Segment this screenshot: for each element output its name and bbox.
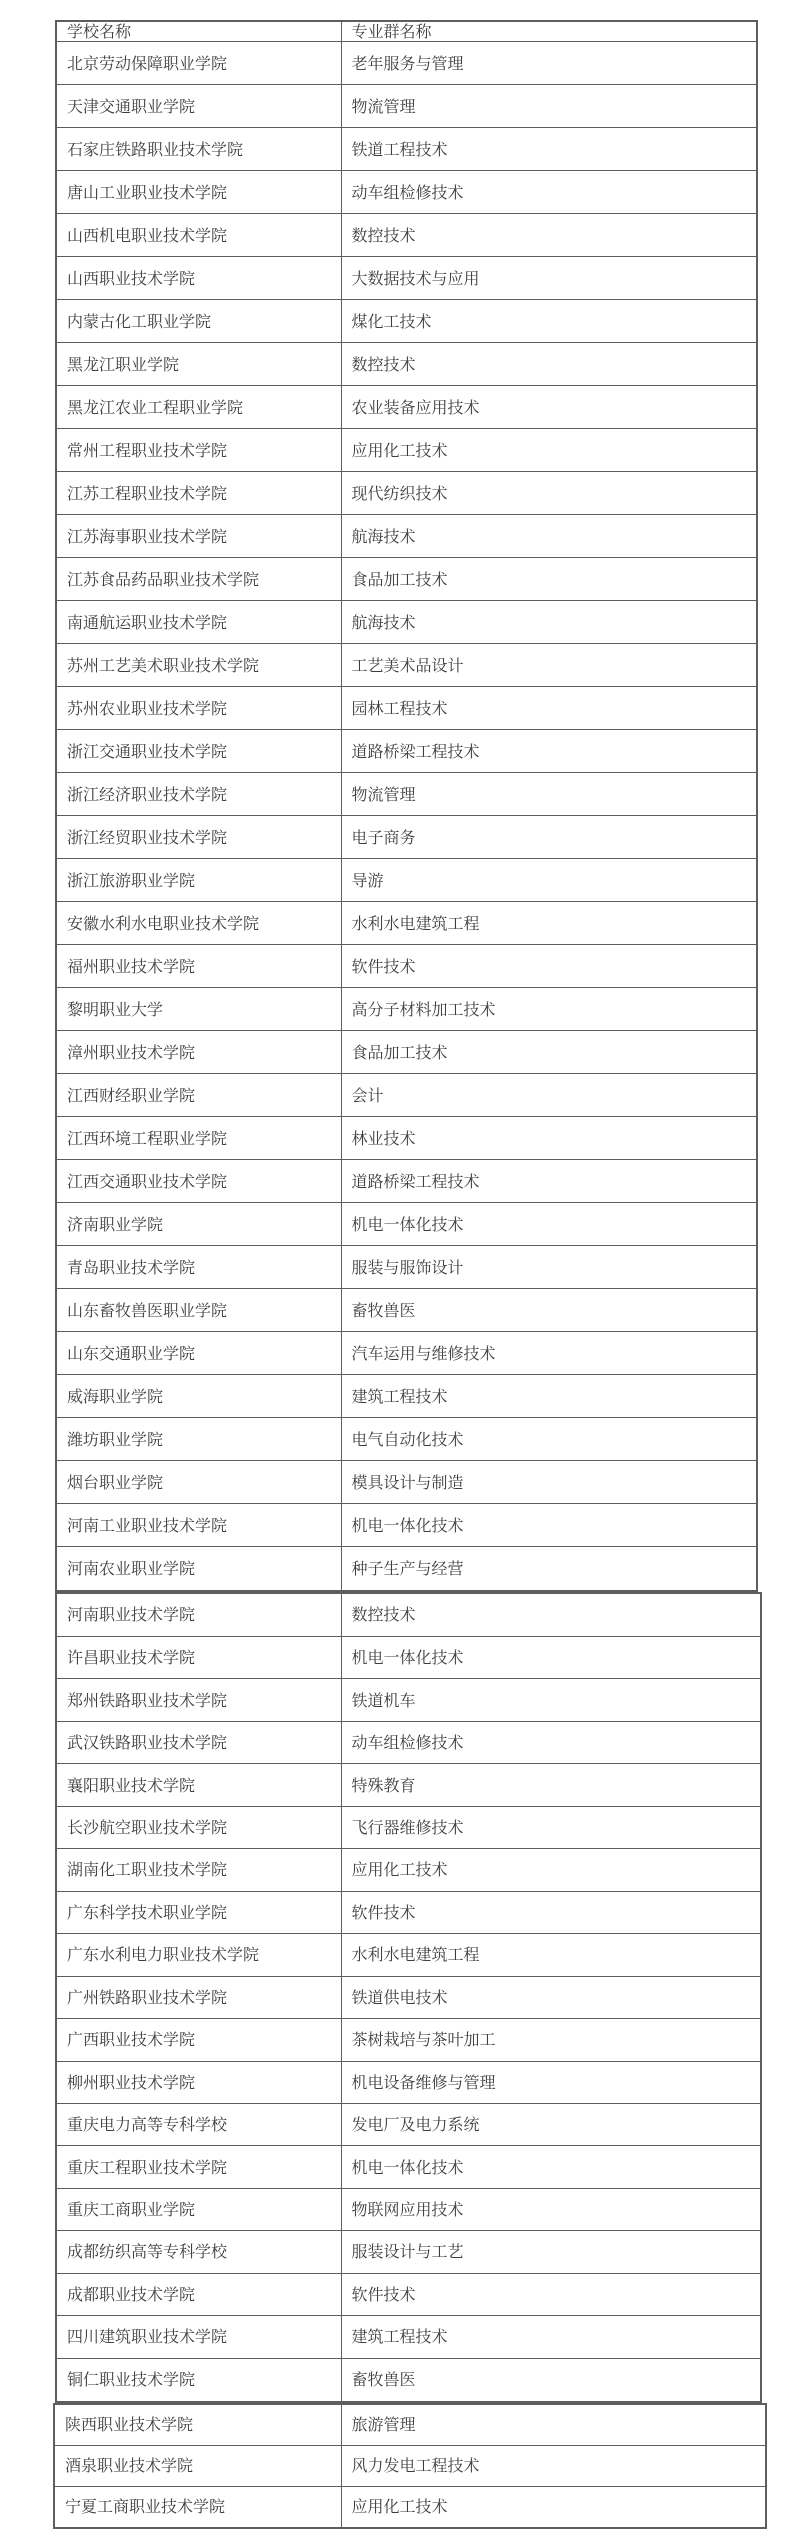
major-group-cell: 旅游管理 <box>341 2404 766 2446</box>
major-group-cell: 风力发电工程技术 <box>341 2446 766 2487</box>
school-name-cell: 江苏工程职业技术学院 <box>56 472 341 515</box>
school-name-cell: 烟台职业学院 <box>56 1461 341 1504</box>
table-row: 内蒙古化工职业学院煤化工技术 <box>56 300 757 343</box>
major-group-cell: 软件技术 <box>341 945 757 988</box>
table-row: 唐山工业职业技术学院动车组检修技术 <box>56 171 757 214</box>
table-row: 江苏工程职业技术学院现代纺织技术 <box>56 472 757 515</box>
major-group-cell: 水利水电建筑工程 <box>341 902 757 945</box>
school-name-cell: 江西交通职业技术学院 <box>56 1160 341 1203</box>
header-row: 学校名称 专业群名称 <box>56 21 757 42</box>
major-group-cell: 服装设计与工艺 <box>341 2231 761 2273</box>
major-group-cell: 食品加工技术 <box>341 1031 757 1074</box>
major-group-cell: 工艺美术品设计 <box>341 644 757 687</box>
major-group-cell: 数控技术 <box>341 343 757 386</box>
table-row: 武汉铁路职业技术学院动车组检修技术 <box>56 1721 761 1763</box>
school-name-cell: 浙江经济职业技术学院 <box>56 773 341 816</box>
major-group-cell: 茶树栽培与茶叶加工 <box>341 2019 761 2061</box>
table-row: 河南职业技术学院数控技术 <box>56 1593 761 1637</box>
table-row: 江西财经职业学院会计 <box>56 1074 757 1117</box>
table-row: 广州铁路职业技术学院铁道供电技术 <box>56 1976 761 2018</box>
major-group-cell: 动车组检修技术 <box>341 1721 761 1763</box>
school-name-cell: 山西职业技术学院 <box>56 257 341 300</box>
school-name-cell: 襄阳职业技术学院 <box>56 1764 341 1806</box>
school-name-cell: 黑龙江农业工程职业学院 <box>56 386 341 429</box>
table-row: 陕西职业技术学院旅游管理 <box>54 2404 766 2446</box>
table-row: 山东交通职业学院汽车运用与维修技术 <box>56 1332 757 1375</box>
table-row: 江苏食品药品职业技术学院食品加工技术 <box>56 558 757 601</box>
school-name-cell: 郑州铁路职业技术学院 <box>56 1679 341 1721</box>
major-group-cell: 航海技术 <box>341 601 757 644</box>
school-name-cell: 长沙航空职业技术学院 <box>56 1806 341 1848</box>
major-group-cell: 会计 <box>341 1074 757 1117</box>
school-name-cell: 广州铁路职业技术学院 <box>56 1976 341 2018</box>
school-name-cell: 江苏海事职业技术学院 <box>56 515 341 558</box>
major-group-cell: 种子生产与经营 <box>341 1547 757 1591</box>
table-row: 常州工程职业技术学院应用化工技术 <box>56 429 757 472</box>
school-name-cell: 漳州职业技术学院 <box>56 1031 341 1074</box>
table-row: 福州职业技术学院软件技术 <box>56 945 757 988</box>
major-group-cell: 电子商务 <box>341 816 757 859</box>
major-group-cell: 软件技术 <box>341 1891 761 1933</box>
school-name-cell: 江西财经职业学院 <box>56 1074 341 1117</box>
table-body: 河南职业技术学院数控技术许昌职业技术学院机电一体化技术郑州铁路职业技术学院铁道机… <box>56 1593 761 2402</box>
school-name-cell: 浙江经贸职业技术学院 <box>56 816 341 859</box>
major-group-cell: 水利水电建筑工程 <box>341 1934 761 1976</box>
table-row: 河南农业职业学院种子生产与经营 <box>56 1547 757 1591</box>
major-group-cell: 电气自动化技术 <box>341 1418 757 1461</box>
major-group-cell: 物流管理 <box>341 85 757 128</box>
table-row: 广西职业技术学院茶树栽培与茶叶加工 <box>56 2019 761 2061</box>
school-name-cell: 江西环境工程职业学院 <box>56 1117 341 1160</box>
major-group-cell: 道路桥梁工程技术 <box>341 1160 757 1203</box>
major-group-cell: 模具设计与制造 <box>341 1461 757 1504</box>
school-name-cell: 南通航运职业技术学院 <box>56 601 341 644</box>
school-name-cell: 浙江旅游职业学院 <box>56 859 341 902</box>
school-name-cell: 黑龙江职业学院 <box>56 343 341 386</box>
header-major-group-name: 专业群名称 <box>341 21 757 42</box>
major-group-cell: 特殊教育 <box>341 1764 761 1806</box>
table-row: 苏州工艺美术职业技术学院工艺美术品设计 <box>56 644 757 687</box>
table-row: 浙江旅游职业学院导游 <box>56 859 757 902</box>
major-group-cell: 畜牧兽医 <box>341 2358 761 2402</box>
school-name-cell: 山东交通职业学院 <box>56 1332 341 1375</box>
table-row: 苏州农业职业技术学院园林工程技术 <box>56 687 757 730</box>
major-group-cell: 物联网应用技术 <box>341 2188 761 2230</box>
school-name-cell: 济南职业学院 <box>56 1203 341 1246</box>
major-group-cell: 煤化工技术 <box>341 300 757 343</box>
school-name-cell: 重庆电力高等专科学校 <box>56 2104 341 2146</box>
school-name-cell: 陕西职业技术学院 <box>54 2404 341 2446</box>
table-row: 天津交通职业学院物流管理 <box>56 85 757 128</box>
table-row: 漳州职业技术学院食品加工技术 <box>56 1031 757 1074</box>
major-group-cell: 机电一体化技术 <box>341 1637 761 1679</box>
table-row: 柳州职业技术学院机电设备维修与管理 <box>56 2061 761 2103</box>
major-group-cell: 建筑工程技术 <box>341 2316 761 2358</box>
major-group-cell: 现代纺织技术 <box>341 472 757 515</box>
schools-table-segment-3: 陕西职业技术学院旅游管理酒泉职业技术学院风力发电工程技术宁夏工商职业技术学院应用… <box>53 2403 767 2529</box>
table-row: 黎明职业大学高分子材料加工技术 <box>56 988 757 1031</box>
major-group-cell: 道路桥梁工程技术 <box>341 730 757 773</box>
page: 学校名称 专业群名称 北京劳动保障职业学院老年服务与管理天津交通职业学院物流管理… <box>0 0 811 2538</box>
schools-table-segment-1: 学校名称 专业群名称 北京劳动保障职业学院老年服务与管理天津交通职业学院物流管理… <box>55 20 758 1592</box>
major-group-cell: 铁道工程技术 <box>341 128 757 171</box>
major-group-cell: 机电设备维修与管理 <box>341 2061 761 2103</box>
school-name-cell: 河南职业技术学院 <box>56 1593 341 1637</box>
school-name-cell: 铜仁职业技术学院 <box>56 2358 341 2402</box>
table-row: 四川建筑职业技术学院建筑工程技术 <box>56 2316 761 2358</box>
table-body: 北京劳动保障职业学院老年服务与管理天津交通职业学院物流管理石家庄铁路职业技术学院… <box>56 42 757 1591</box>
major-group-cell: 高分子材料加工技术 <box>341 988 757 1031</box>
school-name-cell: 广东科学技术职业学院 <box>56 1891 341 1933</box>
table-row: 广东科学技术职业学院软件技术 <box>56 1891 761 1933</box>
major-group-cell: 数控技术 <box>341 1593 761 1637</box>
table-row: 江西交通职业技术学院道路桥梁工程技术 <box>56 1160 757 1203</box>
table-row: 成都职业技术学院软件技术 <box>56 2273 761 2315</box>
table-row: 南通航运职业技术学院航海技术 <box>56 601 757 644</box>
major-group-cell: 铁道供电技术 <box>341 1976 761 2018</box>
school-name-cell: 苏州农业职业技术学院 <box>56 687 341 730</box>
major-group-cell: 机电一体化技术 <box>341 1504 757 1547</box>
major-group-cell: 数控技术 <box>341 214 757 257</box>
major-group-cell: 机电一体化技术 <box>341 2146 761 2188</box>
school-name-cell: 北京劳动保障职业学院 <box>56 42 341 85</box>
major-group-cell: 畜牧兽医 <box>341 1289 757 1332</box>
major-group-cell: 航海技术 <box>341 515 757 558</box>
major-group-cell: 应用化工技术 <box>341 429 757 472</box>
major-group-cell: 发电厂及电力系统 <box>341 2104 761 2146</box>
school-name-cell: 重庆工程职业技术学院 <box>56 2146 341 2188</box>
major-group-cell: 农业装备应用技术 <box>341 386 757 429</box>
major-group-cell: 园林工程技术 <box>341 687 757 730</box>
school-name-cell: 苏州工艺美术职业技术学院 <box>56 644 341 687</box>
school-name-cell: 河南工业职业技术学院 <box>56 1504 341 1547</box>
table-row: 潍坊职业学院电气自动化技术 <box>56 1418 757 1461</box>
school-name-cell: 常州工程职业技术学院 <box>56 429 341 472</box>
table-row: 石家庄铁路职业技术学院铁道工程技术 <box>56 128 757 171</box>
school-name-cell: 天津交通职业学院 <box>56 85 341 128</box>
major-group-cell: 动车组检修技术 <box>341 171 757 214</box>
schools-table-segment-2: 河南职业技术学院数控技术许昌职业技术学院机电一体化技术郑州铁路职业技术学院铁道机… <box>55 1592 762 2403</box>
school-name-cell: 广东水利电力职业技术学院 <box>56 1934 341 1976</box>
table-row: 山东畜牧兽医职业学院畜牧兽医 <box>56 1289 757 1332</box>
school-name-cell: 安徽水利水电职业技术学院 <box>56 902 341 945</box>
table-row: 烟台职业学院模具设计与制造 <box>56 1461 757 1504</box>
major-group-cell: 林业技术 <box>341 1117 757 1160</box>
table-row: 济南职业学院机电一体化技术 <box>56 1203 757 1246</box>
school-name-cell: 成都纺织高等专科学校 <box>56 2231 341 2273</box>
major-group-cell: 老年服务与管理 <box>341 42 757 85</box>
school-name-cell: 四川建筑职业技术学院 <box>56 2316 341 2358</box>
school-name-cell: 武汉铁路职业技术学院 <box>56 1721 341 1763</box>
school-name-cell: 浙江交通职业技术学院 <box>56 730 341 773</box>
table-row: 铜仁职业技术学院畜牧兽医 <box>56 2358 761 2402</box>
school-name-cell: 宁夏工商职业技术学院 <box>54 2486 341 2528</box>
major-group-cell: 导游 <box>341 859 757 902</box>
major-group-cell: 铁道机车 <box>341 1679 761 1721</box>
table-row: 安徽水利水电职业技术学院水利水电建筑工程 <box>56 902 757 945</box>
table-row: 湖南化工职业技术学院应用化工技术 <box>56 1849 761 1891</box>
table-row: 广东水利电力职业技术学院水利水电建筑工程 <box>56 1934 761 1976</box>
major-group-cell: 飞行器维修技术 <box>341 1806 761 1848</box>
table-row: 郑州铁路职业技术学院铁道机车 <box>56 1679 761 1721</box>
table-row: 浙江经贸职业技术学院电子商务 <box>56 816 757 859</box>
table-body: 陕西职业技术学院旅游管理酒泉职业技术学院风力发电工程技术宁夏工商职业技术学院应用… <box>54 2404 766 2528</box>
table-row: 山西机电职业技术学院数控技术 <box>56 214 757 257</box>
school-name-cell: 柳州职业技术学院 <box>56 2061 341 2103</box>
major-group-cell: 应用化工技术 <box>341 1849 761 1891</box>
major-group-cell: 食品加工技术 <box>341 558 757 601</box>
school-name-cell: 山西机电职业技术学院 <box>56 214 341 257</box>
major-group-cell: 软件技术 <box>341 2273 761 2315</box>
table-row: 重庆电力高等专科学校发电厂及电力系统 <box>56 2104 761 2146</box>
major-group-cell: 服装与服饰设计 <box>341 1246 757 1289</box>
table-row: 酒泉职业技术学院风力发电工程技术 <box>54 2446 766 2487</box>
table-row: 江西环境工程职业学院林业技术 <box>56 1117 757 1160</box>
school-name-cell: 黎明职业大学 <box>56 988 341 1031</box>
table-row: 威海职业学院建筑工程技术 <box>56 1375 757 1418</box>
major-group-cell: 汽车运用与维修技术 <box>341 1332 757 1375</box>
header-school-name: 学校名称 <box>56 21 341 42</box>
table-row: 宁夏工商职业技术学院应用化工技术 <box>54 2486 766 2528</box>
school-name-cell: 成都职业技术学院 <box>56 2273 341 2315</box>
table-row: 浙江交通职业技术学院道路桥梁工程技术 <box>56 730 757 773</box>
school-name-cell: 威海职业学院 <box>56 1375 341 1418</box>
school-name-cell: 石家庄铁路职业技术学院 <box>56 128 341 171</box>
school-name-cell: 潍坊职业学院 <box>56 1418 341 1461</box>
school-name-cell: 青岛职业技术学院 <box>56 1246 341 1289</box>
table-row: 许昌职业技术学院机电一体化技术 <box>56 1637 761 1679</box>
table-row: 重庆工商职业学院物联网应用技术 <box>56 2188 761 2230</box>
table-row: 黑龙江职业学院数控技术 <box>56 343 757 386</box>
table-row: 重庆工程职业技术学院机电一体化技术 <box>56 2146 761 2188</box>
school-name-cell: 许昌职业技术学院 <box>56 1637 341 1679</box>
table-row: 北京劳动保障职业学院老年服务与管理 <box>56 42 757 85</box>
major-group-cell: 建筑工程技术 <box>341 1375 757 1418</box>
school-name-cell: 湖南化工职业技术学院 <box>56 1849 341 1891</box>
table-row: 成都纺织高等专科学校服装设计与工艺 <box>56 2231 761 2273</box>
school-name-cell: 河南农业职业学院 <box>56 1547 341 1591</box>
school-name-cell: 山东畜牧兽医职业学院 <box>56 1289 341 1332</box>
school-name-cell: 内蒙古化工职业学院 <box>56 300 341 343</box>
table-row: 山西职业技术学院大数据技术与应用 <box>56 257 757 300</box>
school-name-cell: 福州职业技术学院 <box>56 945 341 988</box>
table-row: 河南工业职业技术学院机电一体化技术 <box>56 1504 757 1547</box>
table-row: 襄阳职业技术学院特殊教育 <box>56 1764 761 1806</box>
school-name-cell: 唐山工业职业技术学院 <box>56 171 341 214</box>
table-row: 长沙航空职业技术学院飞行器维修技术 <box>56 1806 761 1848</box>
school-name-cell: 广西职业技术学院 <box>56 2019 341 2061</box>
school-name-cell: 重庆工商职业学院 <box>56 2188 341 2230</box>
major-group-cell: 应用化工技术 <box>341 2486 766 2528</box>
table-row: 江苏海事职业技术学院航海技术 <box>56 515 757 558</box>
major-group-cell: 大数据技术与应用 <box>341 257 757 300</box>
table-row: 青岛职业技术学院服装与服饰设计 <box>56 1246 757 1289</box>
major-group-cell: 物流管理 <box>341 773 757 816</box>
school-name-cell: 酒泉职业技术学院 <box>54 2446 341 2487</box>
table-row: 黑龙江农业工程职业学院农业装备应用技术 <box>56 386 757 429</box>
table-row: 浙江经济职业技术学院物流管理 <box>56 773 757 816</box>
school-name-cell: 江苏食品药品职业技术学院 <box>56 558 341 601</box>
major-group-cell: 机电一体化技术 <box>341 1203 757 1246</box>
